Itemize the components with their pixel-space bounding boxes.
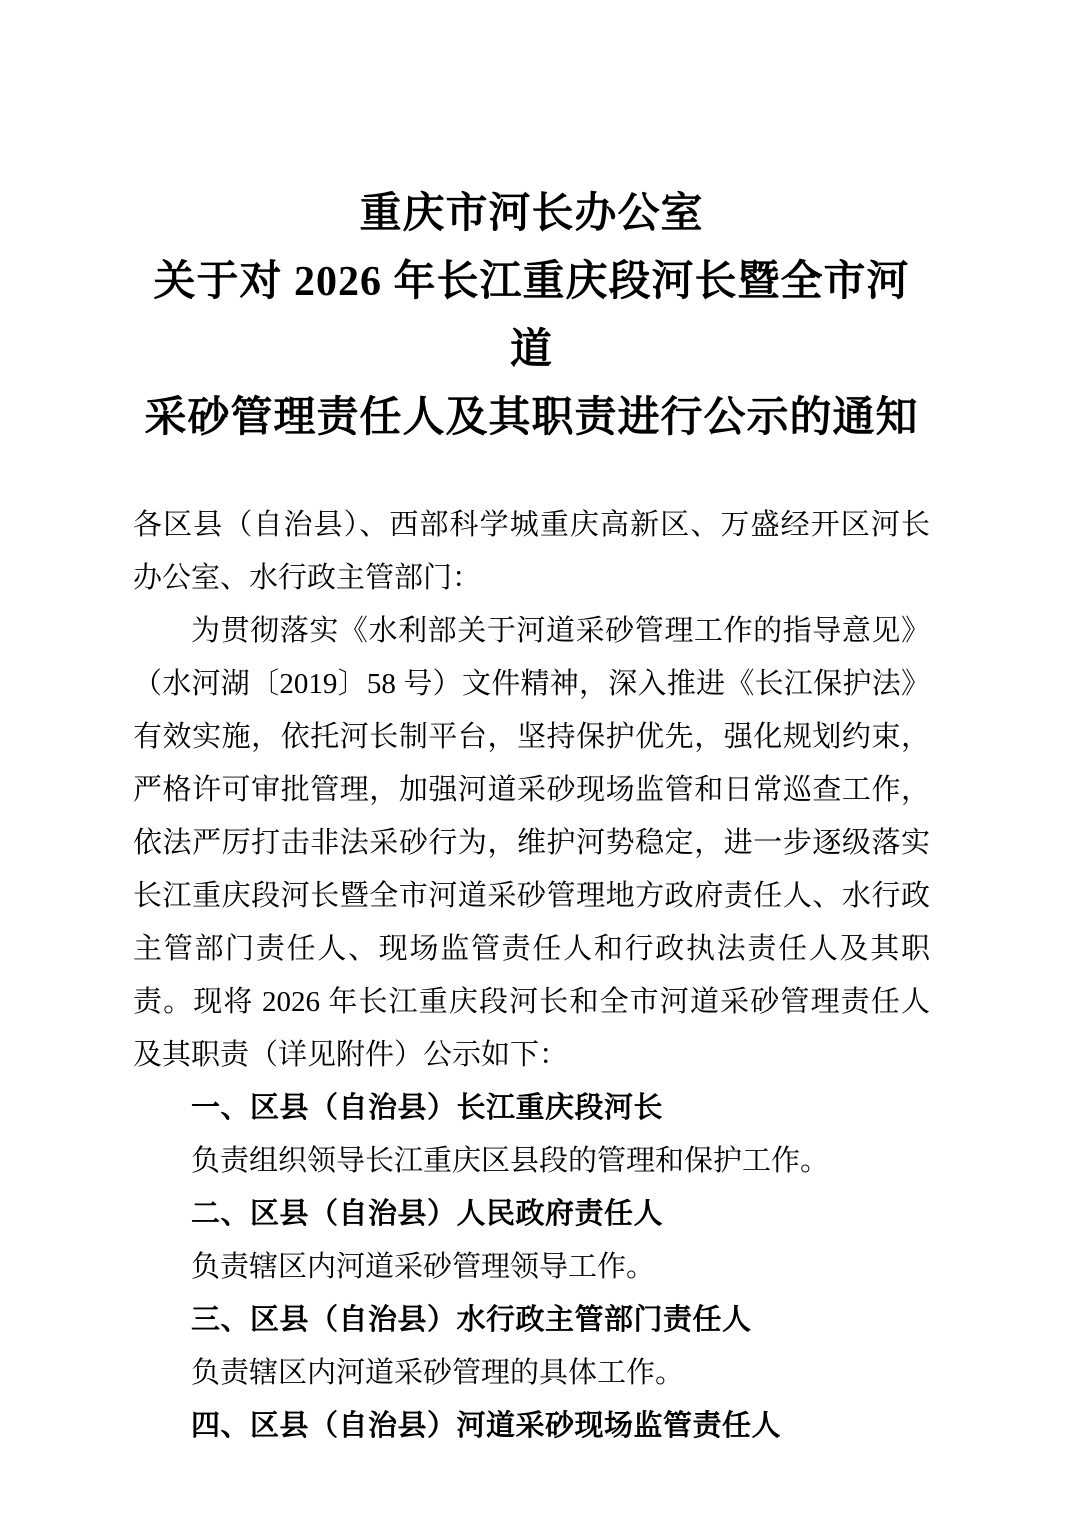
document-body: 各区县（自治县）、西部科学城重庆高新区、万盛经开区河长办公室、水行政主管部门： … (133, 499, 930, 1453)
item-3-body: 负责辖区内河道采砂管理的具体工作。 (133, 1347, 930, 1400)
salutation: 各区县（自治县）、西部科学城重庆高新区、万盛经开区河长办公室、水行政主管部门： (133, 499, 930, 605)
item-2-body: 负责辖区内河道采砂管理领导工作。 (133, 1241, 930, 1294)
item-4-heading: 四、区县（自治县）河道采砂现场监管责任人 (133, 1400, 930, 1453)
title-line-subject-2: 采砂管理责任人及其职责进行公示的通知 (133, 384, 930, 452)
intro-paragraph: 为贯彻落实《水利部关于河道采砂管理工作的指导意见》（水河湖〔2019〕58 号）… (133, 605, 930, 1082)
document-page: 重庆市河长办公室 关于对 2026 年长江重庆段河长暨全市河道 采砂管理责任人及… (0, 0, 1074, 1520)
document-title: 重庆市河长办公室 关于对 2026 年长江重庆段河长暨全市河道 采砂管理责任人及… (133, 0, 930, 452)
title-line-subject-1: 关于对 2026 年长江重庆段河长暨全市河道 (133, 248, 930, 384)
title-line-issuer: 重庆市河长办公室 (133, 180, 930, 248)
item-1-heading: 一、区县（自治县）长江重庆段河长 (133, 1082, 930, 1135)
item-3-heading: 三、区县（自治县）水行政主管部门责任人 (133, 1294, 930, 1347)
item-1-body: 负责组织领导长江重庆区县段的管理和保护工作。 (133, 1135, 930, 1188)
item-2-heading: 二、区县（自治县）人民政府责任人 (133, 1188, 930, 1241)
document-content: 重庆市河长办公室 关于对 2026 年长江重庆段河长暨全市河道 采砂管理责任人及… (133, 0, 930, 1453)
